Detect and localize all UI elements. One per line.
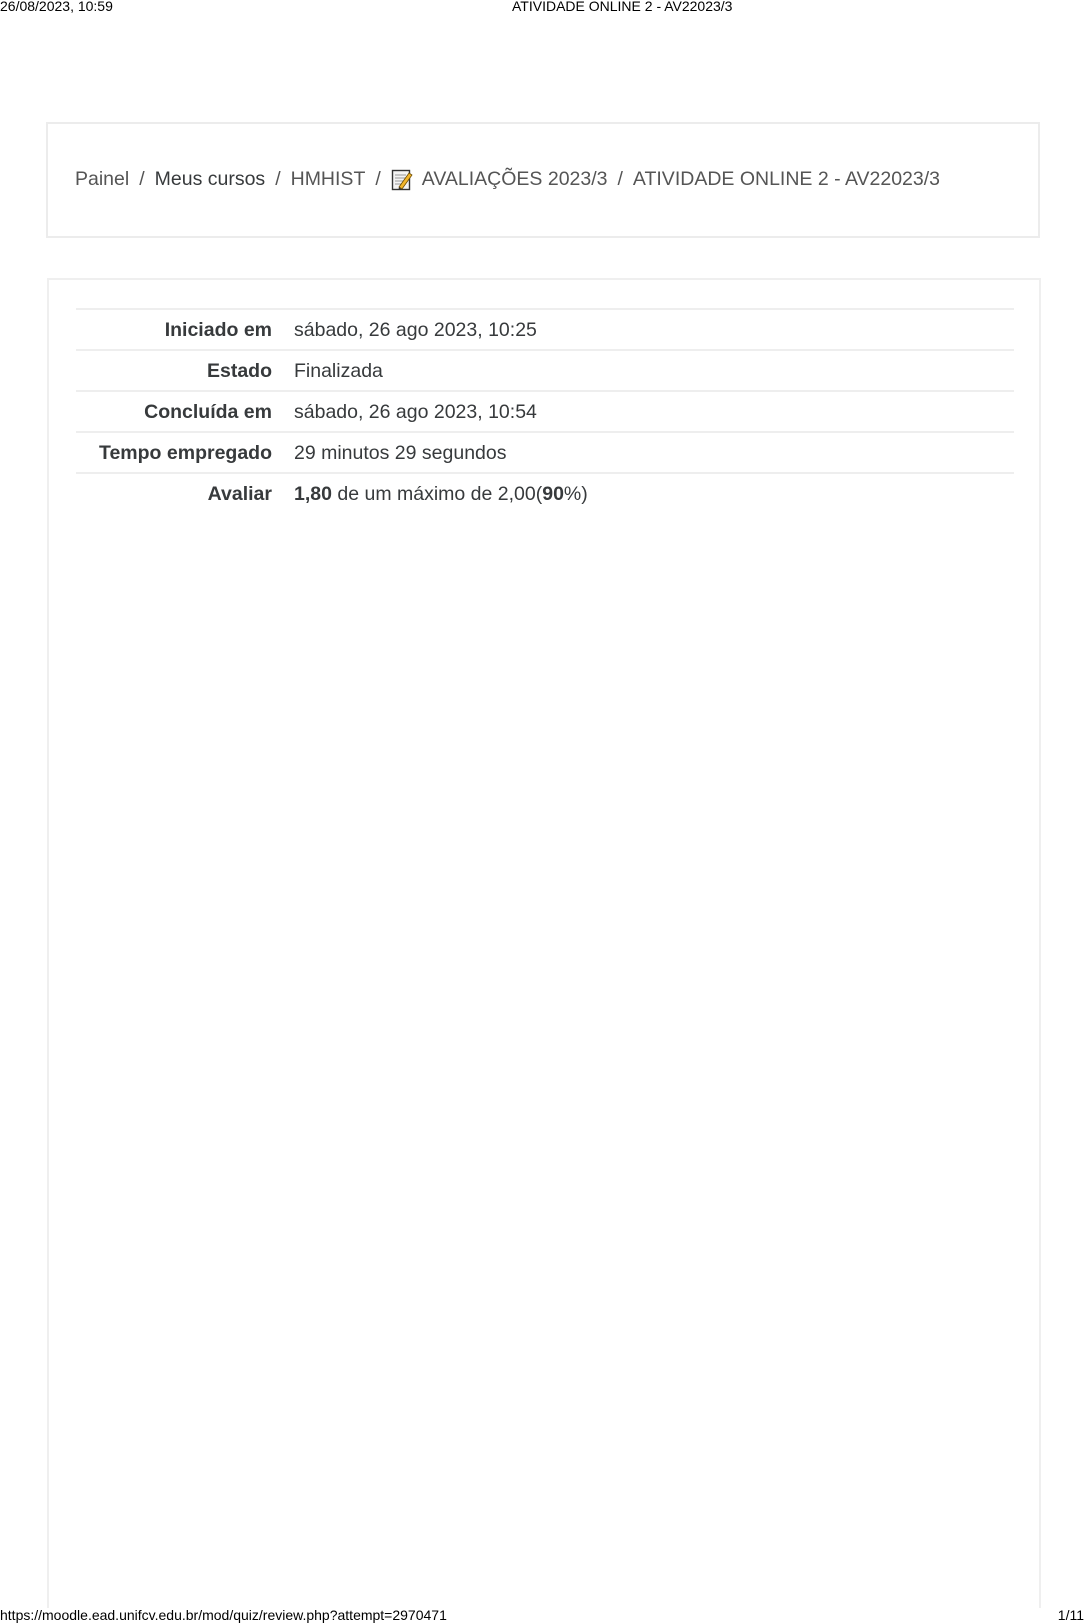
print-url: https://moodle.ead.unifcv.edu.br/mod/qui…: [0, 1606, 447, 1624]
row-label-completed: Concluída em: [76, 391, 283, 432]
grade-max-text: de um máximo de 2,00(: [332, 483, 542, 505]
breadcrumb-course[interactable]: HMHIST: [291, 168, 366, 191]
breadcrumb-separator: /: [139, 168, 144, 191]
table-row: Concluída em sábado, 26 ago 2023, 10:54: [76, 391, 1014, 432]
breadcrumb-separator: /: [275, 168, 280, 191]
print-footer: https://moodle.ead.unifcv.edu.br/mod/qui…: [0, 1606, 1084, 1624]
row-label-started: Iniciado em: [76, 309, 283, 350]
grade-value: 1,80: [294, 483, 332, 505]
breadcrumb-separator: /: [618, 168, 623, 191]
table-row: Avaliar 1,80 de um máximo de 2,00(90%): [76, 473, 1014, 513]
row-value-started: sábado, 26 ago 2023, 10:25: [283, 309, 1014, 350]
table-row: Tempo empregado 29 minutos 29 segundos: [76, 432, 1014, 473]
print-title: ATIVIDADE ONLINE 2 - AV22023/3: [512, 0, 732, 14]
row-label-grade: Avaliar: [76, 473, 283, 513]
print-header: 26/08/2023, 10:59 ATIVIDADE ONLINE 2 - A…: [0, 0, 1084, 16]
breadcrumb-avaliacoes-label: AVALIAÇÕES 2023/3: [422, 168, 608, 191]
grade-percent: 90: [542, 483, 564, 505]
breadcrumb-current: ATIVIDADE ONLINE 2 - AV22023/3: [633, 168, 940, 191]
print-datetime: 26/08/2023, 10:59: [0, 0, 113, 14]
breadcrumb-avaliacoes[interactable]: AVALIAÇÕES 2023/3: [391, 168, 608, 191]
row-value-state: Finalizada: [283, 350, 1014, 391]
breadcrumb-painel[interactable]: Painel: [75, 168, 129, 191]
row-value-grade: 1,80 de um máximo de 2,00(90%): [283, 473, 1014, 513]
grade-suffix: %): [564, 483, 588, 505]
breadcrumb: Painel / Meus cursos / HMHIST / AVALIAÇÕ…: [75, 168, 940, 191]
breadcrumb-card: Painel / Meus cursos / HMHIST / AVALIAÇÕ…: [46, 122, 1040, 238]
row-value-completed: sábado, 26 ago 2023, 10:54: [283, 391, 1014, 432]
breadcrumb-separator: /: [375, 168, 380, 191]
row-label-time-taken: Tempo empregado: [76, 432, 283, 473]
table-row: Iniciado em sábado, 26 ago 2023, 10:25: [76, 309, 1014, 350]
assignment-icon: [391, 169, 413, 191]
attempt-summary-table: Iniciado em sábado, 26 ago 2023, 10:25 E…: [76, 308, 1014, 513]
table-row: Estado Finalizada: [76, 350, 1014, 391]
row-label-state: Estado: [76, 350, 283, 391]
breadcrumb-meus-cursos[interactable]: Meus cursos: [155, 168, 266, 191]
row-value-time-taken: 29 minutos 29 segundos: [283, 432, 1014, 473]
quiz-summary-card: Iniciado em sábado, 26 ago 2023, 10:25 E…: [47, 278, 1041, 1608]
print-page-number: 1/11: [1058, 1606, 1084, 1624]
